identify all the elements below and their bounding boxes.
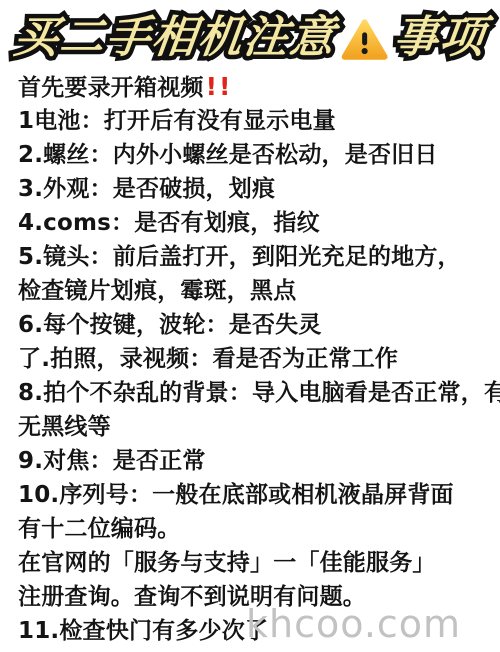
checklist-line: 有十二位编码。 <box>18 512 500 546</box>
title-part1: 买二手相机注意 买二手相机注意 <box>11 14 339 62</box>
checklist-line: 检查镜片划痕，霉斑，黑点 <box>18 274 500 308</box>
checklist-line: 2.螺丝：内外小螺丝是否松动，是否旧日 <box>18 138 500 172</box>
checklist: 首先要录开箱视频!! 1电池：打开后有没有显示电量 2.螺丝：内外小螺丝是否松动… <box>18 70 500 648</box>
checklist-line: 4.coms：是否有划痕，指纹 <box>18 206 500 240</box>
red-double-exclamation-icon: !! <box>206 72 233 101</box>
checklist-line: 6.每个按键，波轮：是否失灵 <box>18 308 500 342</box>
checklist-line: 3.外观：是否破损，划痕 <box>18 172 500 206</box>
checklist-line: 9.对焦：是否正常 <box>18 444 500 478</box>
checklist-line: 1电池：打开后有没有显示电量 <box>18 104 500 138</box>
checklist-line: 了.拍照，录视频：看是否为正常工作 <box>18 342 500 376</box>
title-part2: 事项 事项 <box>391 14 489 62</box>
checklist-line: 无黑线等 <box>18 410 500 444</box>
page-title: 买二手相机注意 买二手相机注意 事项 事项 <box>0 0 500 76</box>
title-part1-fill: 买二手相机注意 <box>11 12 339 63</box>
intro-line: 首先要录开箱视频!! <box>18 70 500 104</box>
title-part2-fill: 事项 <box>391 12 489 63</box>
warning-triangle-icon <box>342 19 388 63</box>
watermark: khcoo.com <box>246 602 461 646</box>
checklist-line: 在官网的「服务与支持」一「佳能服务」 <box>18 546 500 580</box>
intro-text: 首先要录开箱视频 <box>18 75 204 101</box>
checklist-line: 8.拍个不杂乱的背景：导入电脑看是否正常，有 <box>18 376 500 410</box>
note-page: 买二手相机注意 买二手相机注意 事项 事项 首先要录开箱视频!! <box>0 0 500 652</box>
checklist-line: 10.序列号：一般在底部或相机液晶屏背面 <box>18 478 500 512</box>
checklist-line: 5.镜头：前后盖打开，到阳光充足的地方， <box>18 240 500 274</box>
